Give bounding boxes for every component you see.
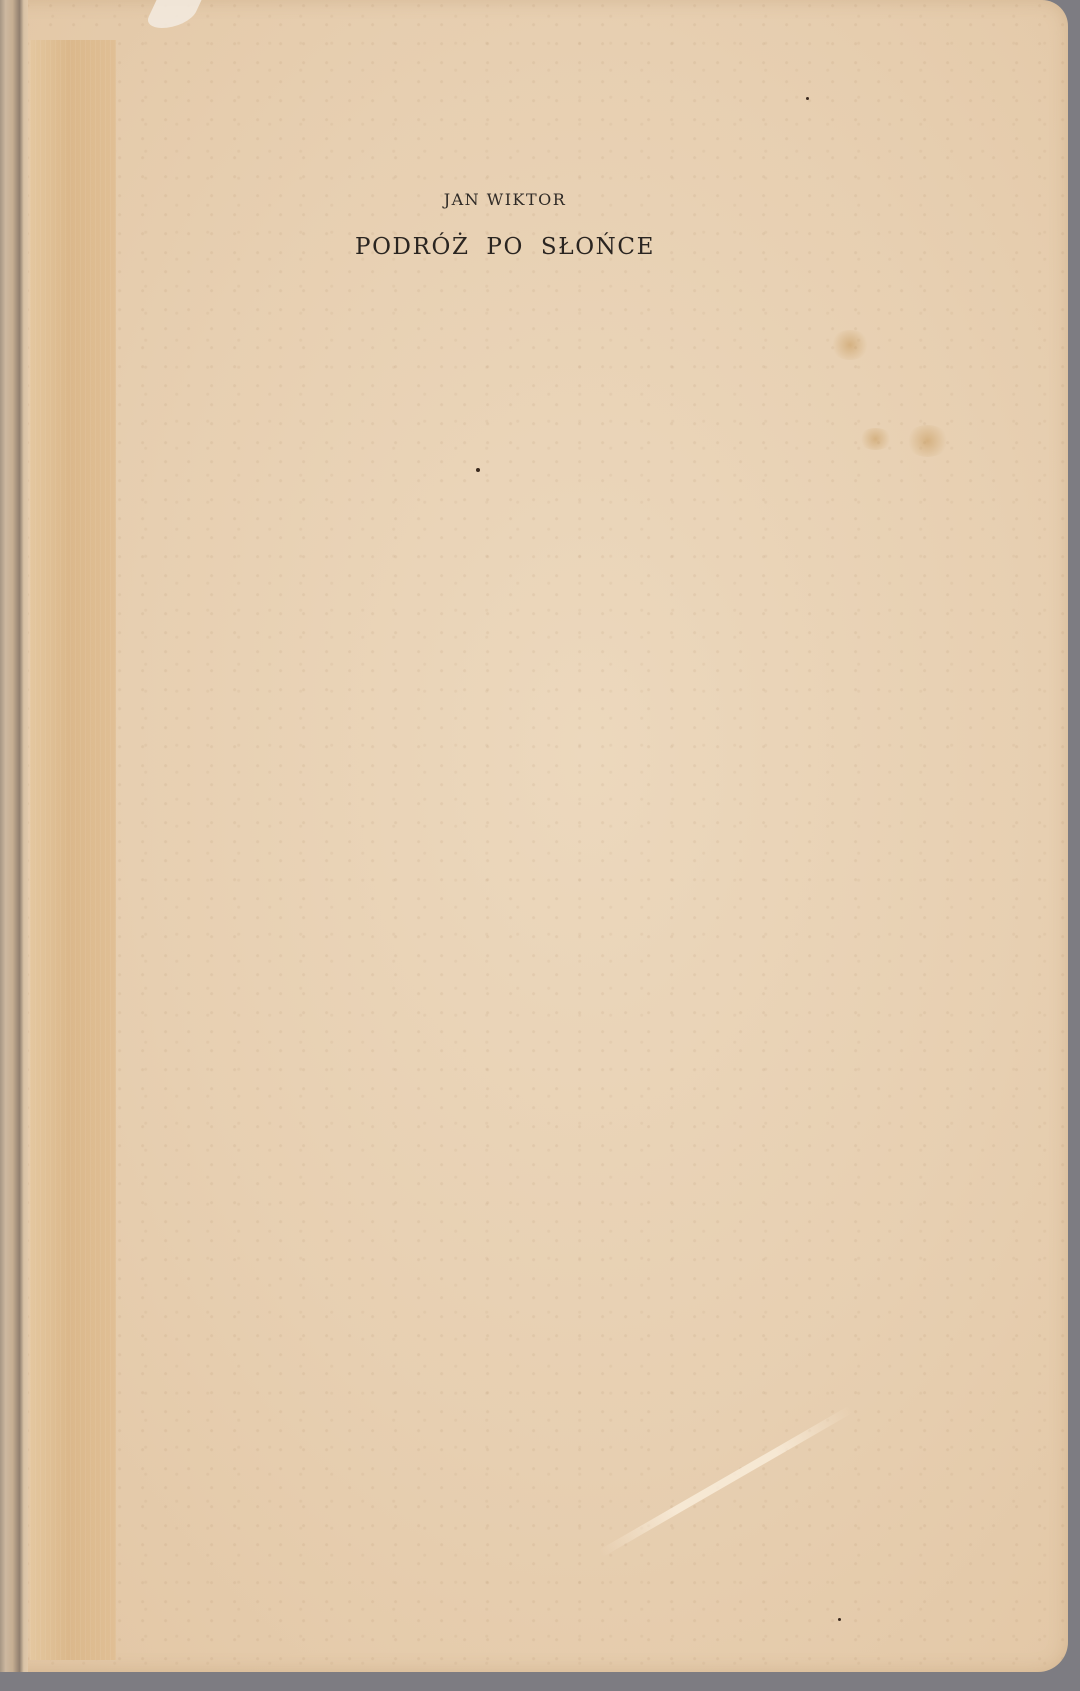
spine-tape-strip (30, 40, 116, 1660)
ink-speck (476, 468, 480, 472)
ink-speck (806, 97, 809, 100)
paper-crease (598, 1406, 853, 1558)
foxing-stain (905, 425, 950, 457)
foxing-stain (858, 428, 893, 450)
foxing-stain (830, 330, 870, 360)
book-title: PODRÓŻ PO SŁOŃCE (0, 234, 1010, 260)
torn-paper-mark (143, 0, 201, 28)
ink-speck (838, 1618, 841, 1621)
author-name: JAN WIKTOR (0, 190, 1010, 209)
book-cover-page: JAN WIKTOR PODRÓŻ PO SŁOŃCE (0, 0, 1068, 1672)
